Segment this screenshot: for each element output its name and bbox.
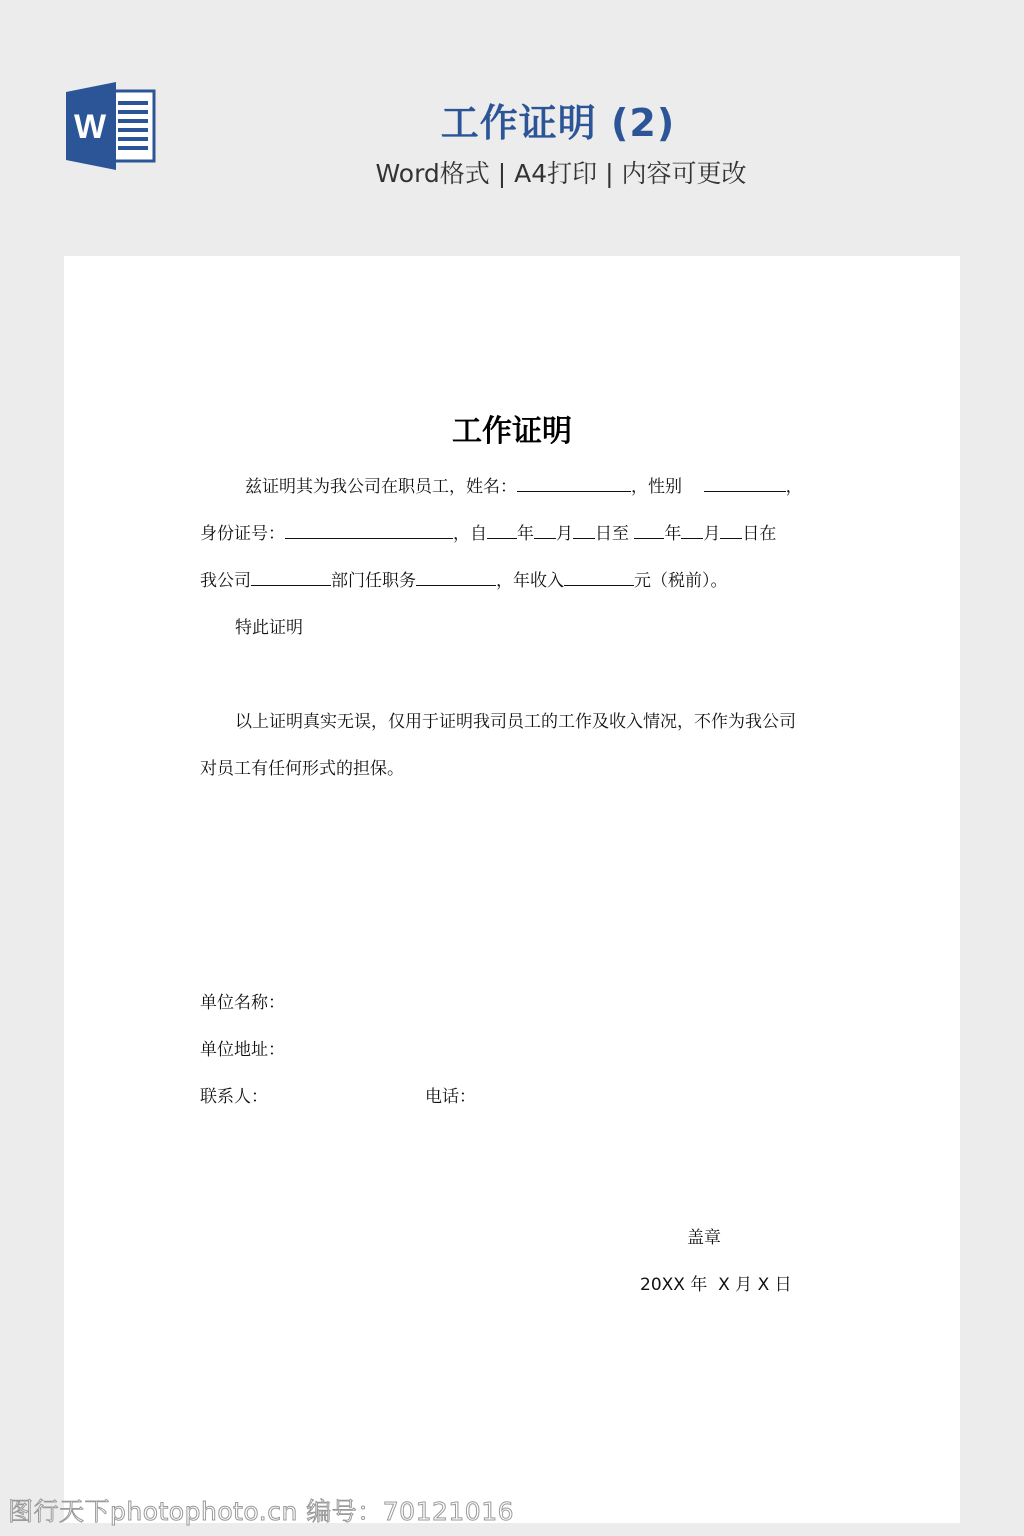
gender-blank[interactable] (704, 477, 786, 492)
phone-label: 电话： (425, 1082, 476, 1107)
para2-line2: 对员工有任何形式的担保。 (200, 754, 404, 779)
position-blank[interactable] (416, 571, 496, 586)
text: ，性别 (631, 477, 682, 497)
unit-name-label: 单位名称： (200, 988, 285, 1013)
date: 20XX 年 X 月 X 日 (640, 1270, 792, 1295)
document-page: 工作证明 兹证明其为我公司在职员工，姓名：，性别 ， 身份证号：，自年月日至 年… (64, 256, 960, 1523)
unit-address-label: 单位地址： (200, 1035, 285, 1060)
from-month-blank[interactable] (534, 524, 556, 539)
para1-line3: 我公司部门任职务，年收入元（税前）。 (200, 566, 728, 591)
text: 月 (556, 524, 573, 544)
id-blank[interactable] (285, 524, 453, 539)
from-year-blank[interactable] (487, 524, 517, 539)
seal-label: 盖章 (687, 1223, 721, 1248)
text: 年 (517, 524, 534, 544)
text: 日至 (595, 524, 629, 544)
text: 兹证明其为我公司在职员工，姓名： (245, 477, 517, 497)
text: ，自 (453, 524, 487, 544)
text: 我公司 (200, 571, 251, 591)
to-year-blank[interactable] (634, 524, 664, 539)
para2-line1: 以上证明真实无误，仅用于证明我司员工的工作及收入情况，不作为我公司 (235, 707, 796, 732)
para1-line2: 身份证号：，自年月日至 年月日在 (200, 519, 776, 544)
text: ， (786, 477, 803, 497)
contact-label: 联系人： (200, 1082, 268, 1107)
para1-line1: 兹证明其为我公司在职员工，姓名：，性别 ， (245, 472, 803, 497)
watermark: 图行天下photophoto.cn 编号：70121016 (8, 1492, 514, 1528)
document-title: 工作证明 (64, 406, 960, 450)
text: ，年收入 (496, 571, 564, 591)
department-blank[interactable] (251, 571, 331, 586)
to-day-blank[interactable] (720, 524, 742, 539)
text: 月 (703, 524, 720, 544)
text: 元（税前）。 (634, 571, 728, 591)
special-statement: 特此证明 (235, 613, 303, 638)
page-subtitle: Word格式 | A4打印 | 内容可更改 (0, 154, 1024, 190)
to-month-blank[interactable] (681, 524, 703, 539)
text: 日在 (742, 524, 776, 544)
from-day-blank[interactable] (573, 524, 595, 539)
text: 部门任职务 (331, 571, 416, 591)
text: 身份证号： (200, 524, 285, 544)
income-blank[interactable] (564, 571, 634, 586)
text: 年 (664, 524, 681, 544)
name-blank[interactable] (517, 477, 631, 492)
page-title: 工作证明 (2) (0, 92, 1024, 147)
